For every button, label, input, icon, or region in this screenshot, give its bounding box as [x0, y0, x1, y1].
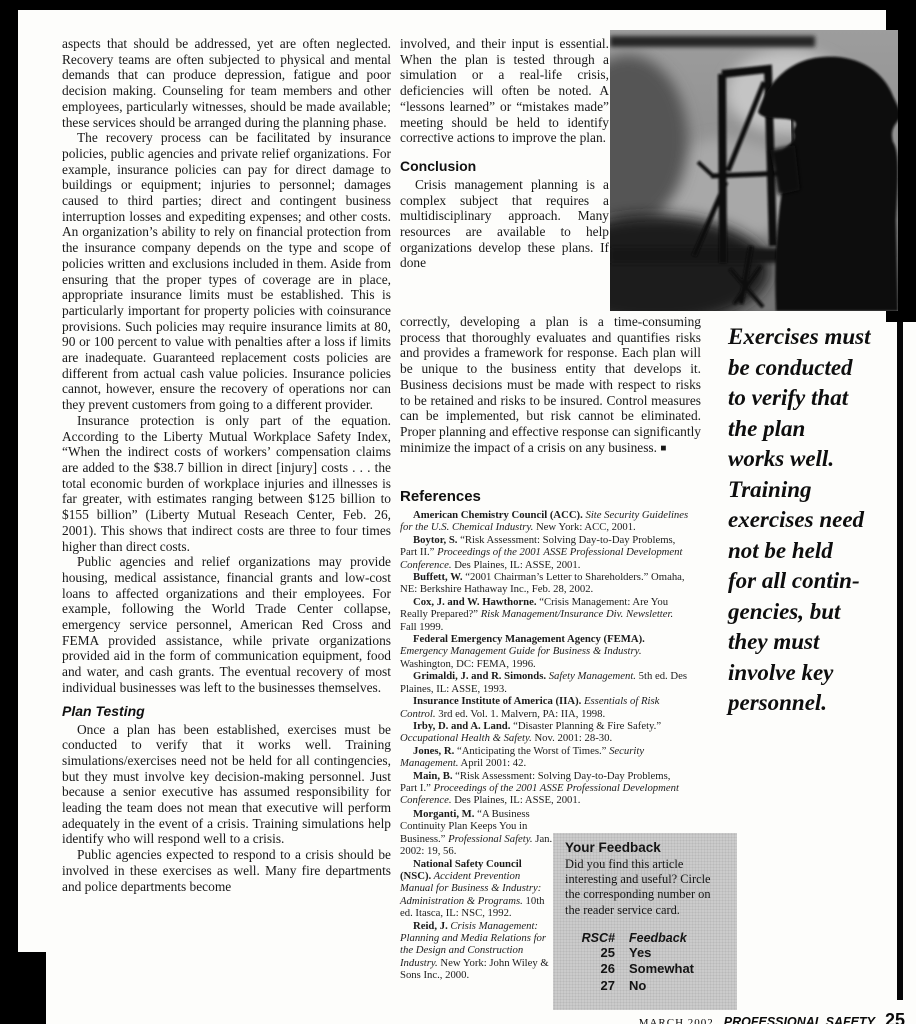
footer-page-number: 25 [885, 1010, 905, 1024]
references-list-wide: American Chemistry Council (ACC). Site S… [400, 509, 690, 807]
pull-quote-line: gencies, but [728, 599, 840, 624]
reference-entry: Reid, J. Crisis Management: Planning and… [400, 920, 553, 982]
feedback-rsc-number: 25 [573, 945, 615, 962]
feedback-title: Your Feedback [565, 840, 727, 855]
conclusion-heading: Conclusion [400, 158, 609, 175]
feedback-rsc-number: 26 [573, 961, 615, 978]
pull-quote-line: be conducted [728, 355, 853, 380]
plan-testing-paragraphs: Once a plan has been established, exerci… [62, 722, 391, 895]
feedback-label: Yes [629, 945, 651, 962]
firefighter-photo-art [610, 30, 898, 311]
footer-magazine-name: PROFESSIONAL SAFETY [724, 1015, 875, 1024]
paragraph: aspects that should be addressed, yet ar… [62, 36, 391, 130]
feedback-row: 26Somewhat [573, 961, 727, 978]
scan-edge-top [0, 0, 916, 10]
reference-entry: Boytor, S. “Risk Assessment: Solving Day… [400, 534, 690, 571]
reference-entry: American Chemistry Council (ACC). Site S… [400, 509, 690, 534]
magazine-page: aspects that should be addressed, yet ar… [0, 0, 916, 1024]
feedback-row: 25Yes [573, 945, 727, 962]
paragraph: correctly, developing a plan is a time-c… [400, 314, 701, 456]
reference-entry: National Safety Council (NSC). Accident … [400, 858, 553, 920]
pull-quote-line: exercises need [728, 507, 864, 532]
paragraph: Once a plan has been established, exerci… [62, 722, 391, 848]
feedback-rsc-number: 27 [573, 978, 615, 995]
pull-quote-line: personnel. [728, 690, 827, 715]
paragraph: Public agencies expected to respond to a… [62, 847, 391, 894]
feedback-col-feedback: Feedback [629, 931, 687, 945]
pull-quote-line: involve key [728, 660, 833, 685]
feedback-table-header: RSC# Feedback [573, 931, 727, 945]
middle-column-narrow: involved, and their input is essential. … [400, 36, 609, 271]
reference-entry: Insurance Institute of America (IIA). Es… [400, 695, 690, 720]
pull-quote: Exercises mustbe conductedto verify that… [728, 322, 908, 719]
reference-entry: Federal Emergency Management Agency (FEM… [400, 633, 690, 670]
paragraph: Insurance protection is only part of the… [62, 413, 391, 554]
paragraph: Public agencies and relief organizations… [62, 554, 391, 695]
paragraph: Crisis management planning is a complex … [400, 177, 609, 271]
left-column-paragraphs: aspects that should be addressed, yet ar… [62, 36, 391, 696]
references-list-narrow: Morganti, M. “A Business Continuity Plan… [400, 808, 553, 982]
middle-column-wide: correctly, developing a plan is a time-c… [400, 314, 701, 456]
feedback-body: Did you find this article interesting an… [565, 857, 727, 918]
reference-entry: Morganti, M. “A Business Continuity Plan… [400, 808, 553, 858]
pull-quote-line: they must [728, 629, 819, 654]
reference-entry: Cox, J. and W. Hawthorne. “Crisis Manage… [400, 596, 690, 633]
reference-entry: Jones, R. “Anticipating the Worst of Tim… [400, 745, 690, 770]
scan-edge-left [0, 0, 18, 1024]
reference-entry: Irby, D. and A. Land. “Disaster Planning… [400, 720, 690, 745]
feedback-table: RSC# Feedback 25Yes26Somewhat27No [573, 931, 727, 995]
reference-entry: Main, B. “Risk Assessment: Solving Day-t… [400, 770, 690, 807]
firefighter-photo [610, 30, 898, 311]
pull-quote-line: Training [728, 477, 812, 502]
pull-quote-line: not be held [728, 538, 833, 563]
feedback-table-rows: 25Yes26Somewhat27No [573, 945, 727, 995]
pull-quote-line: Exercises must [728, 324, 870, 349]
left-column: aspects that should be addressed, yet ar… [62, 36, 391, 894]
feedback-label: Somewhat [629, 961, 694, 978]
end-of-article-mark: ■ [660, 443, 666, 454]
pull-quote-line: the plan [728, 416, 805, 441]
paragraph: involved, and their input is essential. … [400, 36, 609, 146]
references-section: References American Chemistry Council (A… [400, 488, 690, 807]
pull-quote-line: works well. [728, 446, 834, 471]
page-footer: MARCH 2002 PROFESSIONAL SAFETY 25 [0, 1010, 905, 1024]
feedback-label: No [629, 978, 646, 995]
paragraph: The recovery process can be facilitated … [62, 130, 391, 413]
references-heading: References [400, 488, 690, 505]
feedback-row: 27No [573, 978, 727, 995]
plan-testing-heading: Plan Testing [62, 703, 391, 720]
reference-entry: Buffett, W. “2001 Chairman’s Letter to S… [400, 571, 690, 596]
reference-entry: Grimaldi, J. and R. Simonds. Safety Mana… [400, 670, 690, 695]
feedback-col-rsc: RSC# [573, 931, 615, 945]
footer-issue-date: MARCH 2002 [639, 1017, 714, 1024]
feedback-box: Your Feedback Did you find this article … [553, 833, 737, 1010]
pull-quote-line: for all contin- [728, 568, 860, 593]
pull-quote-line: to verify that [728, 385, 848, 410]
